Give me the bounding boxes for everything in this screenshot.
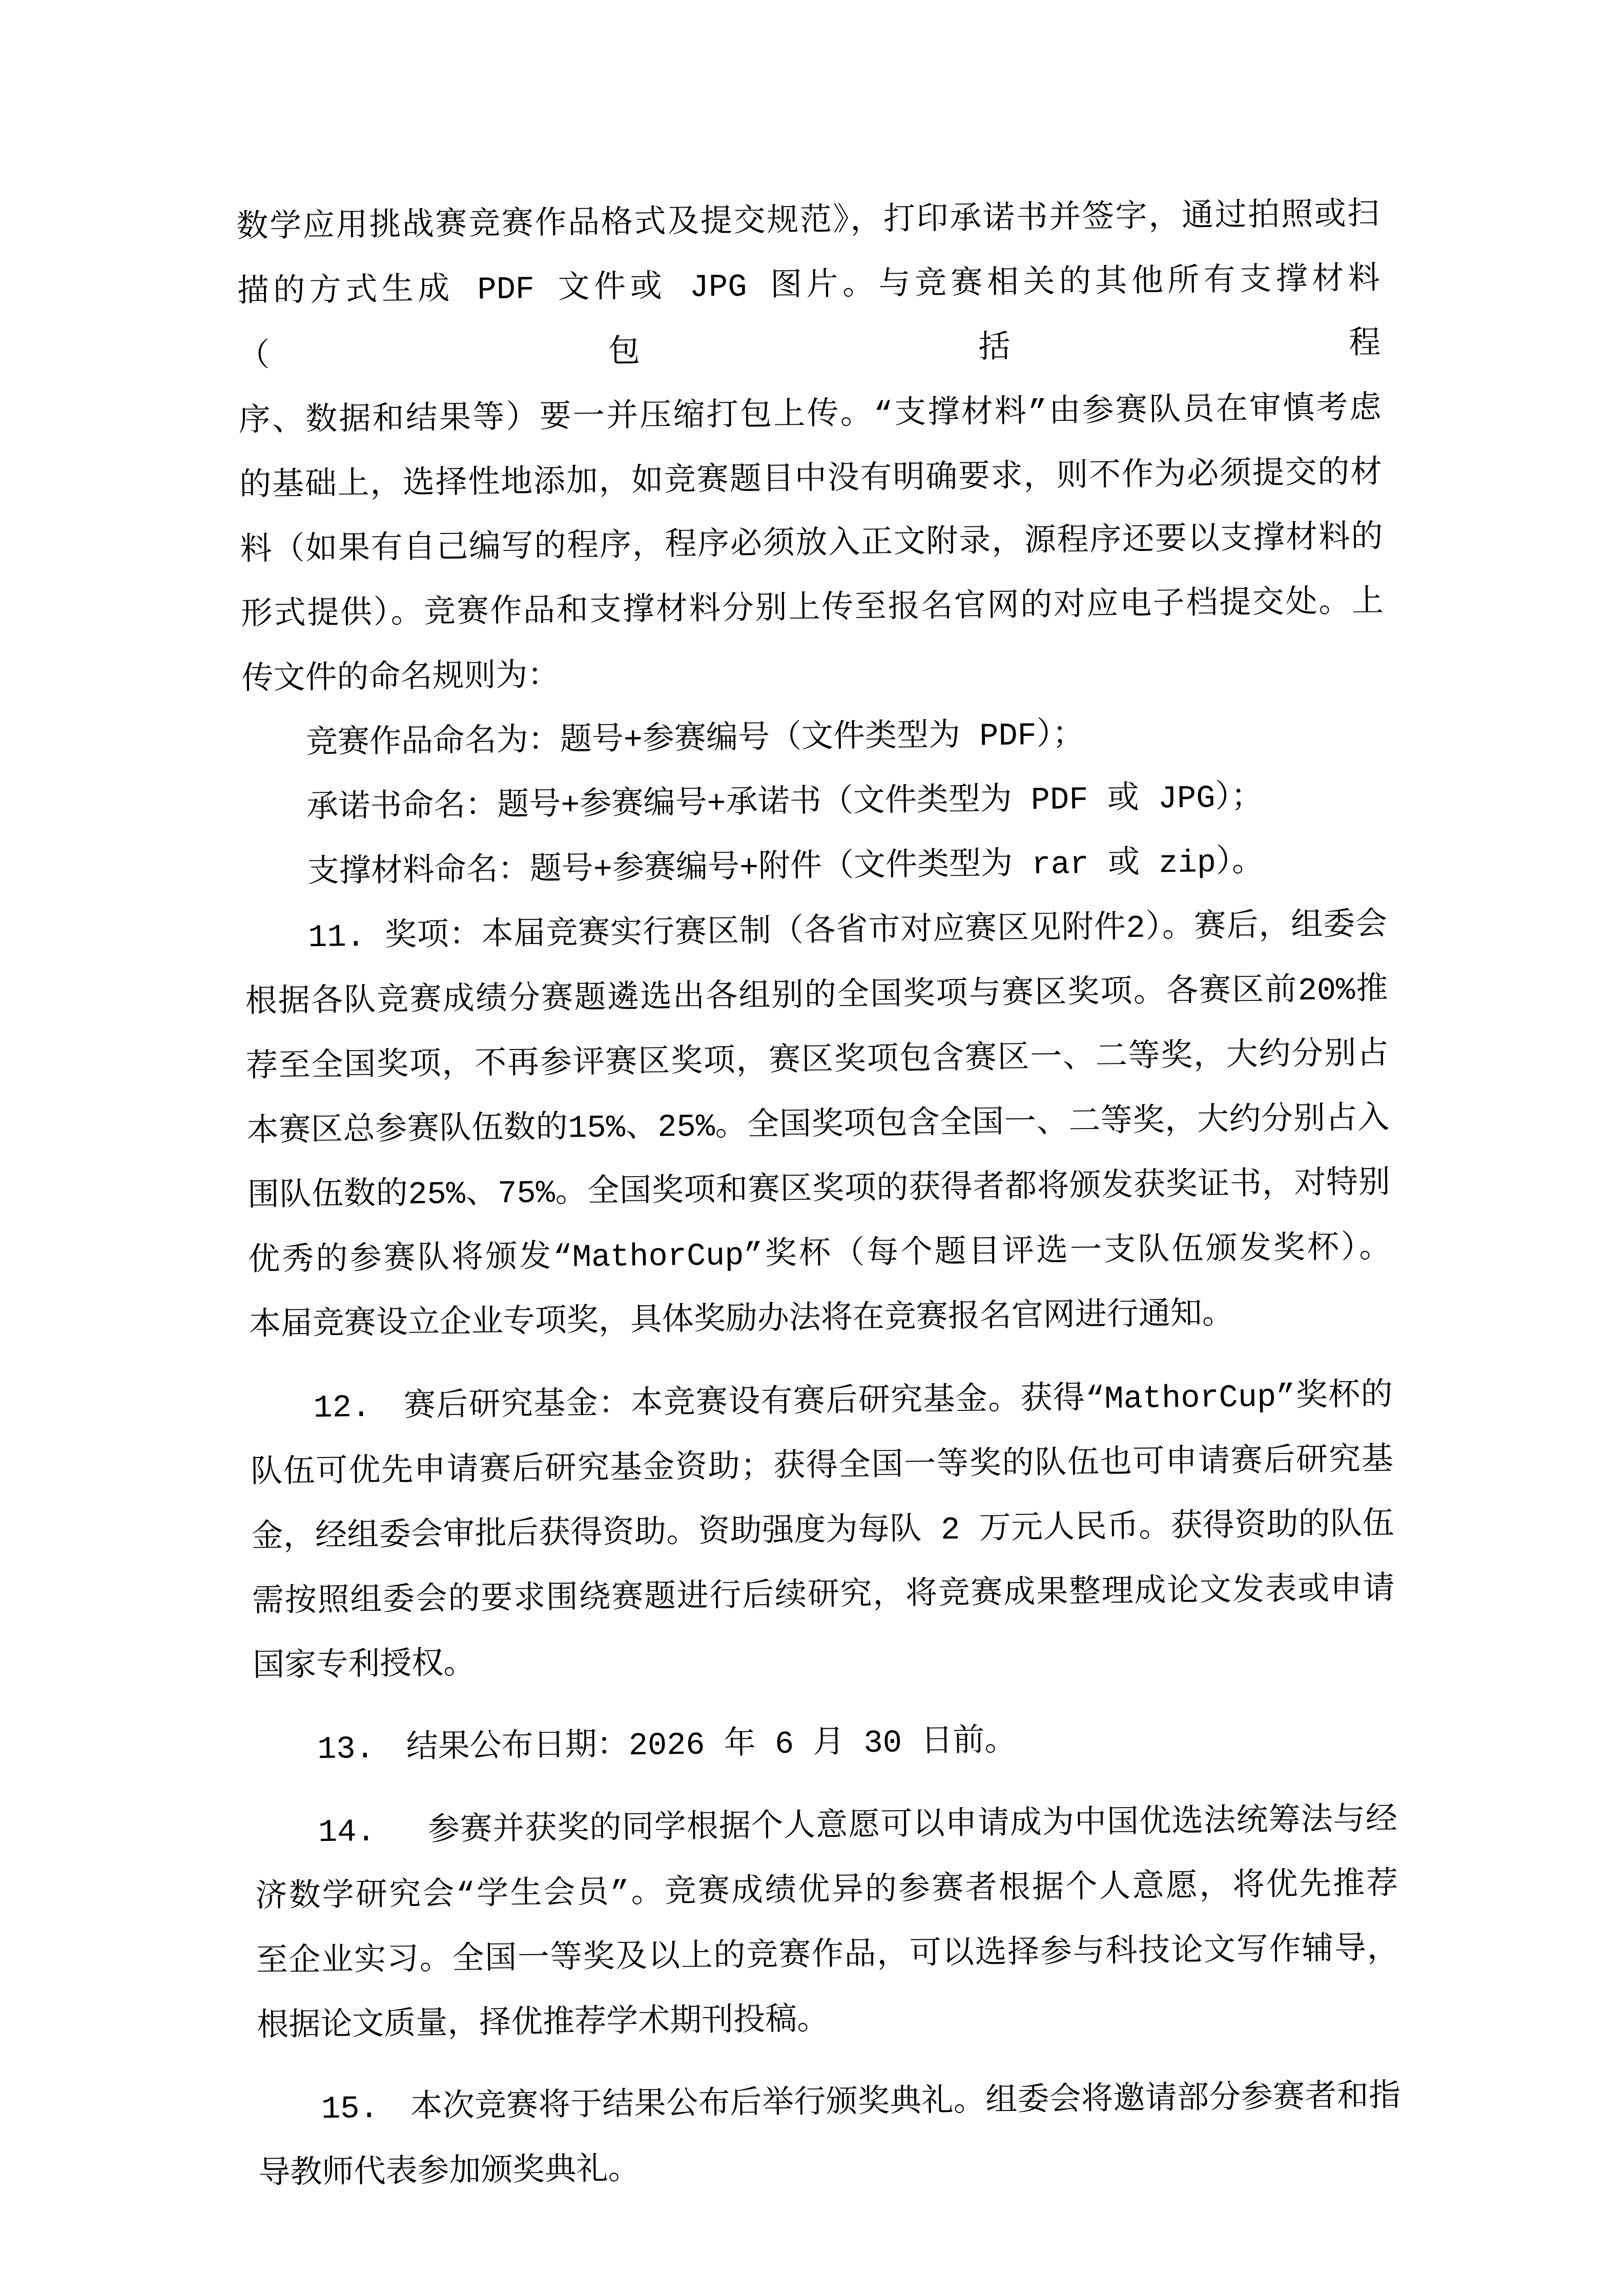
text-line: 11. 奖项：本届竞赛实行赛区制（各省市对应赛区见附件2）。赛后，组委会 bbox=[244, 893, 1388, 971]
text-line: 根据论文质量，择优推荐学术期刊投稿。 bbox=[257, 1982, 1400, 2059]
text-line: 荐至全国奖项，不再参评赛区奖项，赛区奖项包含赛区一、二等奖，大约分别占 bbox=[245, 1022, 1389, 1100]
text-line: 竞赛作品命名为：题号+参赛编号（文件类型为 PDF）； bbox=[242, 700, 1385, 777]
text-line: 金，经组委会审批后获得资助。资助强度为每队 2 万元人民币。获得资助的队伍 bbox=[251, 1493, 1394, 1570]
text-line: 优秀的参赛队将颁发“MathorCup”奖杯（每个题目评选一支队伍颁发奖杯）。 bbox=[248, 1216, 1391, 1294]
text-line: 本届竞赛设立企业专项奖，具体奖励办法将在竞赛报名官网进行通知。 bbox=[249, 1281, 1392, 1358]
text-line: 围队伍数的25%、75%。全国奖项和赛区奖项的获得者都将颁发获奖证书，对特别 bbox=[247, 1152, 1390, 1229]
text-line: 形式提供）。竞赛作品和支撑材料分别上传至报名官网的对应电子档提交处。上 bbox=[240, 570, 1384, 648]
text-line: 济数学研究会“学生会员”。竞赛成绩优异的参赛者根据个人意愿，将优先推荐 bbox=[255, 1853, 1398, 1930]
text-line: 承诺书命名：题号+参赛编号+承诺书（文件类型为 PDF 或 JPG）； bbox=[243, 764, 1386, 842]
text-line: 13. 结果公布日期：2026 年 6 月 30 日前。 bbox=[254, 1705, 1397, 1782]
text-line: 的基础上，选择性地添加，如竞赛题目中没有明确要求，则不作为必须提交的材 bbox=[239, 441, 1383, 519]
text-line: 本赛区总参赛队伍数的15%、25%。全国奖项包含全国一、二等奖，大约分别占入 bbox=[246, 1087, 1390, 1164]
text-line: 至企业实习。全国一等奖及以上的竞赛作品，可以选择参与科技论文写作辅导， bbox=[256, 1917, 1399, 1995]
text-line: 序、数据和结果等）要一并压缩打包上传。“支撑材料”由参赛队员在审慎考虑 bbox=[238, 377, 1382, 454]
text-line: 支撑材料命名：题号+参赛编号+附件（文件类型为 rar 或 zip）。 bbox=[243, 829, 1387, 906]
text-line: 料（如果有自己编写的程序，程序必须放入正文附录，源程序还要以支撑材料的 bbox=[240, 506, 1383, 583]
document-page: 数学应用挑战赛竞赛作品格式及提交规范》，打印承诺书并签字，通过拍照或扫描的方式生… bbox=[0, 0, 1607, 2296]
text-line: 导教师代表参加颁奖典礼。 bbox=[258, 2129, 1402, 2207]
text-line: 15. 本次竞赛将于结果公布后举行颁奖典礼。组委会将邀请部分参赛者和指 bbox=[257, 2065, 1400, 2142]
text-line: 队伍可优先申请赛后研究基金资助；获得全国一等奖的队伍也可申请赛后研究基 bbox=[250, 1428, 1393, 1506]
text-line: 需按照组委会的要求围绕赛题进行后续研究，将竞赛成果整理成论文发表或申请 bbox=[252, 1557, 1395, 1635]
text-line: 描的方式生成 PDF 文件或 JPG 图片。与竞赛相关的其他所有支撑材料（包括程 bbox=[237, 248, 1381, 389]
document-text-block: 数学应用挑战赛竞赛作品格式及提交规范》，打印承诺书并签字，通过拍照或扫描的方式生… bbox=[236, 183, 1402, 2207]
text-line: 根据各队竞赛成绩分赛题遴选出各组别的全国奖项与赛区奖项。各赛区前20%推 bbox=[245, 958, 1388, 1035]
text-line: 国家专利授权。 bbox=[253, 1622, 1396, 1699]
text-line: 14. 参赛并获奖的同学根据个人意愿可以申请成为中国优选法统筹法与经 bbox=[254, 1788, 1397, 1865]
text-line: 数学应用挑战赛竞赛作品格式及提交规范》，打印承诺书并签字，通过拍照或扫 bbox=[236, 183, 1379, 260]
text-line: 传文件的命名规则为： bbox=[241, 635, 1385, 712]
text-line: 12. 赛后研究基金：本竞赛设有赛后研究基金。获得“MathorCup”奖杯的 bbox=[250, 1364, 1393, 1441]
